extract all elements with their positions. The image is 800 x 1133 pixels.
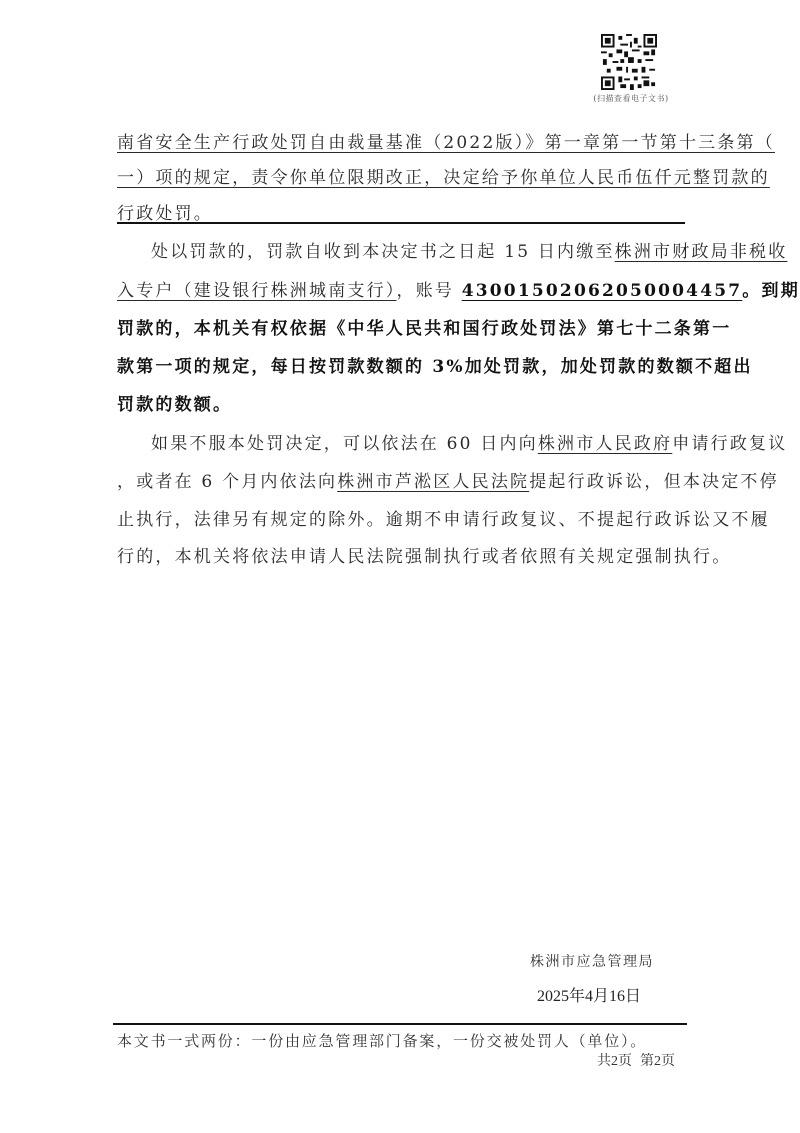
- appeal-line-3: 止执行，法律另有规定的除外。逾期不申请行政复议、不提起行政诉讼又不履: [117, 509, 687, 531]
- appeal-line-4: 行的，本机关将依法申请人民法院强制执行或者依照有关规定强制执行。: [117, 546, 687, 568]
- payment-line-3: 罚款的，本机关有权依据《中华人民共和国行政处罚法》第七十二条第一: [117, 318, 687, 340]
- continuation-line-2: 一）项的规定，责令你单位限期改正，决定给予你单位人民币伍仟元整罚款的: [117, 167, 687, 189]
- appeal-line-2: ，或者在 6 个月内依法向株洲市芦淞区人民法院提起行政诉讼，但本决定不停: [117, 471, 687, 493]
- continuation-line-1: 南省安全生产行政处罚自由裁量基准（2022版）》第一章第一节第十三条第（: [117, 132, 687, 154]
- payee-bank: 入专户（建设银行株洲城南支行）: [117, 281, 397, 301]
- footer-divider: [113, 1023, 687, 1025]
- appeal-text: 如果不服本处罚决定，可以依法在 60 日内向: [151, 434, 538, 454]
- payment-text: 处以罚款的，罚款自收到本决定书之日起 15 日内缴至: [151, 242, 615, 262]
- payment-line-1: 处以罚款的，罚款自收到本决定书之日起 15 日内缴至株洲市财政局非税收: [117, 241, 721, 263]
- qr-code-icon: [600, 34, 658, 90]
- qr-caption: (扫描查看电子文书): [586, 93, 676, 104]
- appeal-text: ，或者在 6 个月内依法向: [117, 472, 337, 492]
- appeal-text: 提起行政诉讼，但本决定不停: [529, 472, 779, 492]
- page-indicator: 共2页第2页: [597, 1050, 683, 1070]
- appeal-line-1: 如果不服本处罚决定，可以依法在 60 日内向株洲市人民政府申请行政复议: [117, 433, 721, 455]
- copies-note: 本文书一式两份：一份由应急管理部门备案，一份交被处罚人（单位）。: [117, 1030, 647, 1051]
- payment-line-2: 入专户（建设银行株洲城南支行），账号 43001502062050004457。…: [117, 280, 687, 302]
- payment-line-5: 罚款的数额。: [117, 394, 687, 416]
- issue-date: 2025年4月16日: [537, 983, 641, 1006]
- fill-in-underline: [117, 222, 685, 224]
- total-pages: 共2页: [597, 1054, 632, 1069]
- payment-line-4: 款第一项的规定，每日按罚款数额的 3%加处罚款，加处罚款的数额不超出: [117, 356, 687, 378]
- appeal-text: 申请行政复议: [672, 434, 787, 454]
- payment-text: 。到期不缴纳: [742, 281, 800, 301]
- review-authority: 株洲市人民政府: [538, 434, 672, 454]
- current-page: 第2页: [640, 1054, 675, 1069]
- payment-text: ，账号: [397, 281, 462, 301]
- account-number: 43001502062050004457: [462, 281, 743, 301]
- issuing-agency: 株洲市应急管理局: [530, 951, 654, 971]
- court-name: 株洲市芦淞区人民法院: [337, 472, 529, 492]
- payee-name: 株洲市财政局非税收: [615, 242, 788, 262]
